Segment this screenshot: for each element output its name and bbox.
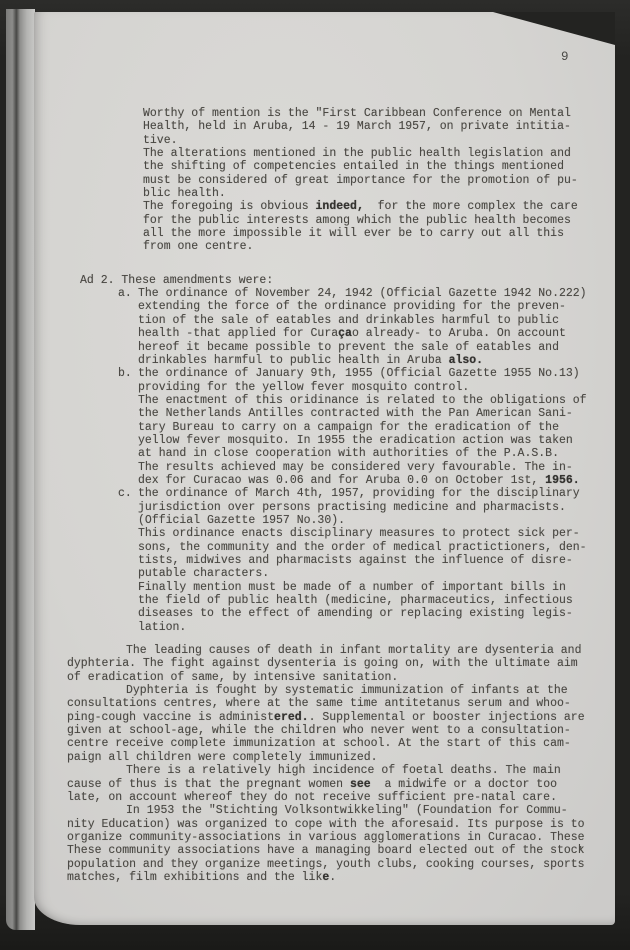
text-line: the ordinance of March 4th, 1957, provid… [138,487,607,500]
text-line: cause of thus is that the pregnant women… [67,778,607,791]
ad2-item-a: a.The ordinance of November 24, 1942 (Of… [67,287,607,367]
text-line: hereof it became possible to prevent the… [138,341,607,354]
text-line: population and they organize meetings, y… [67,858,607,871]
ad2-heading: Ad 2. These amendments were: [80,274,607,287]
text-line: The ordinance of November 24, 1942 (Offi… [138,287,607,300]
text-line: the ordinance of January 9th, 1955 (Offi… [138,367,607,380]
text-line: The foregoing is obvious indeed, for the… [143,200,607,213]
text-line: Health, held in Aruba, 14 - 19 March 195… [143,120,607,133]
text-line: tion of the sale of eatables and drinkab… [138,314,607,327]
paragraph: Dyphteria is fought by systematic immuni… [67,684,607,764]
document-page: 9 ' Worthy of mention is the "First Cari… [34,12,615,925]
text-line: yellow fever mosquito. In 1955 the eradi… [138,434,607,447]
text-line: diseases to the effect of amending or re… [138,607,607,620]
text-line: sons, the community and the order of med… [138,541,607,554]
text-line: Worthy of mention is the "First Caribbea… [143,107,607,120]
text-line: lation. [138,621,607,634]
text-line: ping-cough vaccine is administered.. Sup… [67,711,607,724]
text-line: The results achieved may be considered v… [138,461,607,474]
text-line: These community associations have a mana… [67,844,607,857]
text-line: tists, midwives and pharmacists against … [138,554,607,567]
paragraph: In 1953 the "Stichting Volksontwikkeling… [67,804,607,884]
text-line: at hand in close cooperation with author… [138,447,607,460]
text-line: (Official Gazette 1957 No.30). [138,514,607,527]
page-content: Worthy of mention is the "First Caribbea… [67,107,607,884]
text-line: must be considered of great importance f… [143,174,607,187]
ad2-item-label: b. [118,367,132,380]
text-line: dex for Curacao was 0.06 and for Aruba 0… [138,474,607,487]
text-line: all the more impossible it will ever be … [143,227,607,240]
text-line: providing for the yellow fever mosquito … [138,381,607,394]
text-line: There is a relatively high incidence of … [67,764,607,777]
ad2-item-c: c.the ordinance of March 4th, 1957, prov… [67,487,607,634]
paragraph: There is a relatively high incidence of … [67,764,607,804]
ad2-amendment-list: a.The ordinance of November 24, 1942 (Of… [67,287,607,634]
text-line: paign all children were completely immun… [67,751,607,764]
ad2-item-label: c. [118,487,132,500]
text-line: the Netherlands Antilles contracted with… [138,407,607,420]
text-line: for the public interests among which the… [143,214,607,227]
body-paragraphs: The leading causes of death in infant mo… [67,644,607,884]
text-line: Finally mention must be made of a number… [138,581,607,594]
text-line: tary Bureau to carry on a campaign for t… [138,421,607,434]
text-line: nity Education) was organized to cope wi… [67,818,607,831]
text-line: The enactment of this oridinance is rela… [138,394,607,407]
text-line: health -that applied for Curaçao already… [138,327,607,340]
text-line: matches, film exhibitions and the like. [67,871,607,884]
text-line: consultations centres, where at the same… [67,697,607,710]
text-line: Dyphteria is fought by systematic immuni… [67,684,607,697]
text-line: putable characters. [138,567,607,580]
text-line: extending the force of the ordinance pro… [138,300,607,313]
text-line: jurisdiction over persons practising med… [138,501,607,514]
text-line: This ordinance enacts disciplinary measu… [138,527,607,540]
ad2-item-label: a. [118,287,132,300]
text-line: In 1953 the "Stichting Volksontwikkeling… [67,804,607,817]
text-line: organize community-associations in vario… [67,831,607,844]
ad2-item-b: b.the ordinance of January 9th, 1955 (Of… [67,367,607,487]
text-line: centre receive complete immunization at … [67,737,607,750]
text-line: tive. [143,134,607,147]
page-corner-fold [493,12,615,45]
text-line: given at school-age, while the children … [67,724,607,737]
paragraph: The leading causes of death in infant mo… [67,644,607,684]
text-line: drinkables harmful to public health in A… [138,354,607,367]
text-line: dyphteria. The fight against dysenteria … [67,657,607,670]
intro-paragraph-block: Worthy of mention is the "First Caribbea… [143,107,607,254]
text-line: blic health. [143,187,607,200]
text-line: from one centre. [143,240,607,253]
text-line: the shifting of competencies entailed in… [143,160,607,173]
page-edge-stack [6,9,35,930]
text-line: late, on account whereof they do not rec… [67,791,607,804]
scan-backdrop: { "page_number": "9", "stray_mark": "'",… [0,0,630,950]
text-line: of eradication of same, by intensive san… [67,671,607,684]
text-line: the field of public health (medicine, ph… [138,594,607,607]
text-line: The leading causes of death in infant mo… [67,644,607,657]
page-number: 9 [561,50,570,64]
text-line: The alterations mentioned in the public … [143,147,607,160]
